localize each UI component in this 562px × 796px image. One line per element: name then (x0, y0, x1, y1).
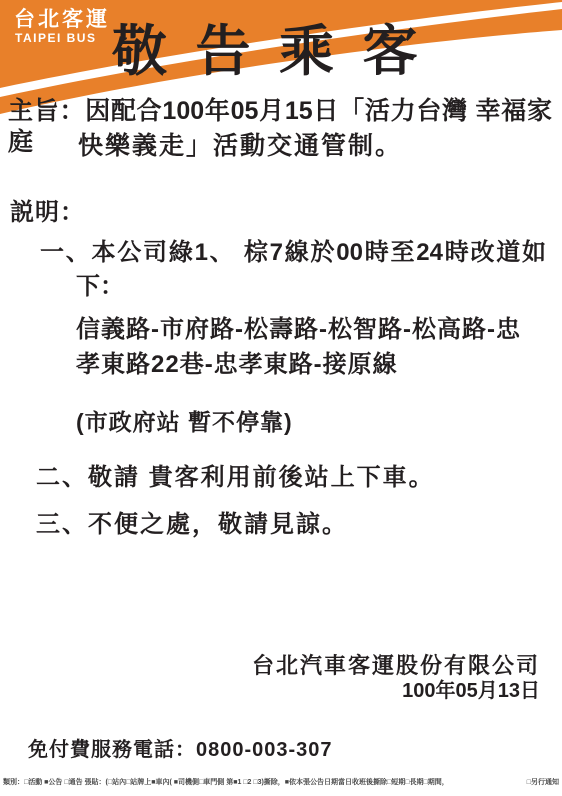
company-name: 台北汽車客運股份有限公司 (252, 652, 540, 680)
explanation-item1-line1: 一、本公司綠1、 棕7線於00時至24時改道如 (40, 238, 546, 268)
taipei-bus-logo-zh: 台北客運 (14, 9, 110, 30)
subject-line-2: 快樂義走」活動交通管制。 (78, 131, 402, 162)
explanation-item2: 二、敬請 貴客利用前後站上下車。 (36, 463, 435, 493)
explanation-item1-line2: 下： (76, 272, 124, 302)
stop-suspension-note: (市政府站 暫不停靠) (76, 408, 293, 437)
detour-route-line1: 信義路-市府路-松壽路-松智路-松高路-忠 (76, 315, 521, 345)
fine-print-row: 類別：□活動 ■公告 □通告 張貼：(□站內□站牌上■車內( ■司機側□車門側 … (3, 777, 559, 787)
fine-print-notify: □另行通知 (527, 777, 559, 787)
taipei-bus-logo-en: TAIPEI BUS (15, 32, 96, 44)
notice-date: 100年05月13日 (402, 679, 540, 704)
explanation-heading: 説明： (10, 198, 85, 228)
fine-print-categories: 類別：□活動 ■公告 □通告 張貼：(□站內□站牌上■車內( ■司機側□車門側 … (3, 777, 449, 787)
toll-free-phone: 免付費服務電話：0800-003-307 (28, 738, 333, 763)
explanation-item3: 三、不便之處，敬請見諒。 (36, 510, 348, 540)
page-title: 敬 告 乘 客 (112, 24, 424, 79)
detour-route-line2: 孝東路22巷-忠孝東路-接原線 (76, 350, 398, 380)
